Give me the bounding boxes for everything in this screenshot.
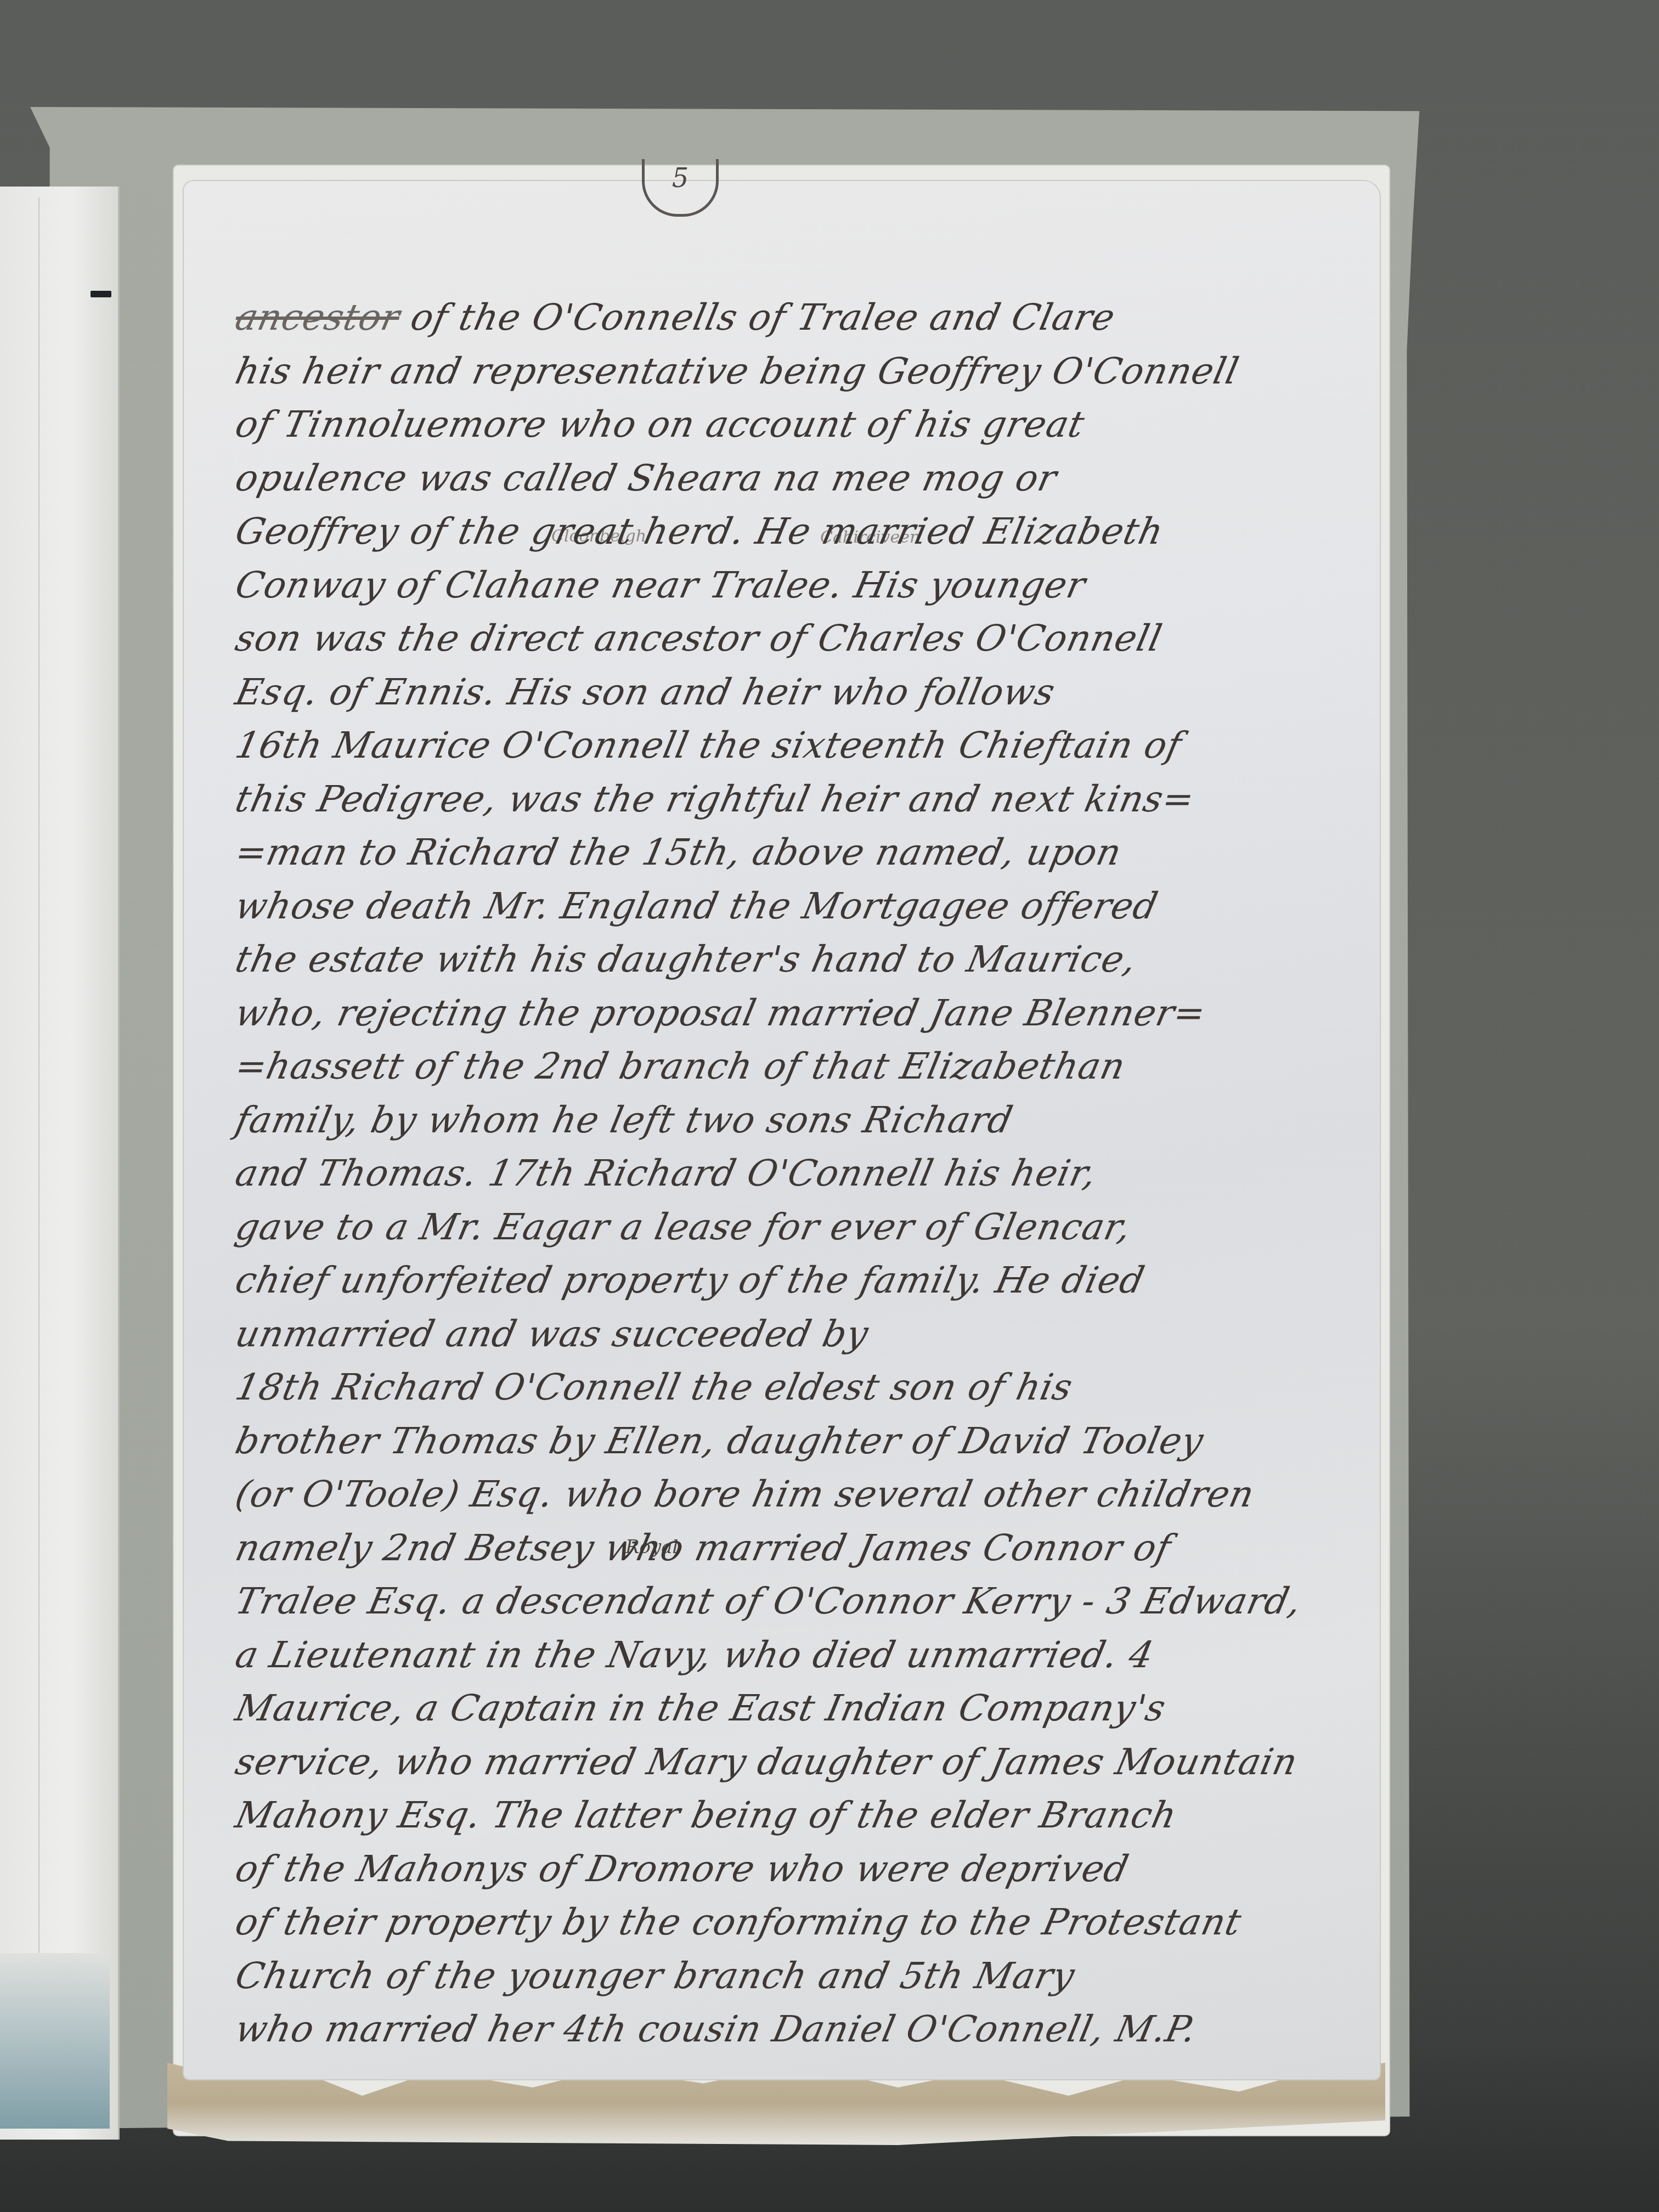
adjacent-page-edge [38,198,94,1980]
text-line: unmarried and was succeeded by [230,1307,1383,1361]
text-line: 18th Richard O'Connell the eldest son of… [230,1361,1383,1414]
struck-word: ancestor [232,296,404,338]
text-line: this Pedigree, was the rightful heir and… [230,772,1383,826]
text-line: namely 2nd Betsey who married James Conn… [230,1521,1383,1575]
text-line: Maurice, a Captain in the East Indian Co… [230,1681,1383,1735]
text-line: his heir and representative being Geoffr… [230,345,1383,398]
text-line: Geoffrey of the great herd. He married E… [230,505,1383,558]
text-line: opulence was called Sheara na mee mog or [230,452,1383,505]
text-line: of Tinnoluemore who on account of his gr… [230,398,1383,452]
text-line: Esq. of Ennis. His son and heir who foll… [230,665,1383,719]
text-line: whose death Mr. England the Mortgagee of… [230,879,1383,933]
text-line: and Thomas. 17th Richard O'Connell his h… [230,1147,1383,1200]
text-line: chief unforfeited property of the family… [230,1254,1383,1307]
page-number-text: 5 [672,163,689,194]
book-binding-mark [91,291,111,297]
text-line: son was the direct ancestor of Charles O… [230,612,1383,665]
text-line: =hassett of the 2nd branch of that Eliza… [230,1040,1383,1093]
text-line: a Lieutenant in the Navy, who died unmar… [230,1628,1383,1682]
text-line: who married her 4th cousin Daniel O'Conn… [230,2002,1383,2056]
manuscript-text: ancestor of the O'Connells of Tralee and… [230,291,1372,2056]
text-line: Mahony Esq. The latter being of the elde… [230,1788,1383,1842]
text-line: the estate with his daughter's hand to M… [230,933,1383,986]
text-line: gave to a Mr. Eagar a lease for ever of … [230,1200,1383,1254]
adjacent-book-bottom [0,1953,110,2129]
text-line: of their property by the conforming to t… [230,1895,1383,1949]
line-text: of the O'Connells of Tralee and Clare [395,296,1119,338]
text-line: 16th Maurice O'Connell the sixteenth Chi… [230,719,1383,772]
text-line: (or O'Toole) Esq. who bore him several o… [230,1468,1383,1521]
text-line: Tralee Esq. a descendant of O'Connor Ker… [230,1575,1383,1628]
text-line: Conway of Clahane near Tralee. His young… [230,558,1383,612]
text-line: service, who married Mary daughter of Ja… [230,1735,1383,1789]
text-line: Church of the younger branch and 5th Mar… [230,1949,1383,2003]
text-line: who, rejecting the proposal married Jane… [230,986,1383,1040]
text-line: of the Mahonys of Dromore who were depri… [230,1842,1383,1896]
text-line: ancestor of the O'Connells of Tralee and… [230,291,1383,345]
text-line: brother Thomas by Ellen, daughter of Dav… [230,1414,1383,1468]
text-line: =man to Richard the 15th, above named, u… [230,826,1383,879]
text-line: family, by whom he left two sons Richard [230,1093,1383,1147]
